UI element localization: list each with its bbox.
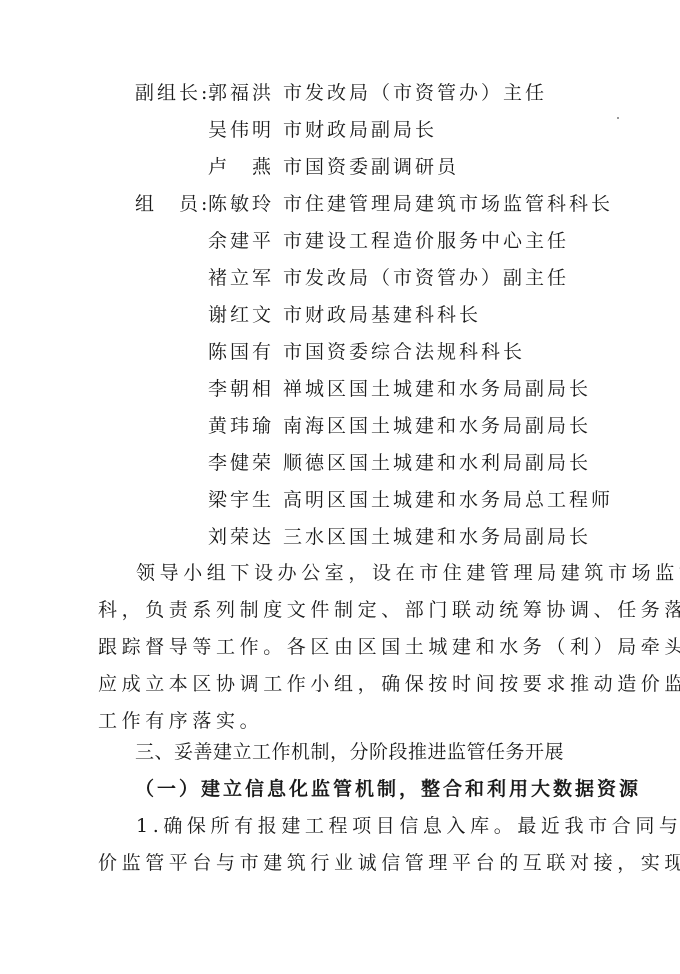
person-title: 市发改局（市资管办）主任: [283, 78, 547, 108]
person-title: 南海区国土城建和水务局副局长: [283, 411, 591, 441]
paragraph-line: 跟踪督导等工作。各区由区国土城建和水务（利）局牵头相: [98, 632, 680, 662]
person-name: 余建平: [208, 226, 274, 256]
person-title: 市住建管理局建筑市场监管科科长: [283, 189, 613, 219]
person-name: 陈敏玲: [208, 189, 274, 219]
person-title: 市国资委副调研员: [283, 152, 459, 182]
person-name: 郭福洪: [208, 78, 274, 108]
person-title: 高明区国土城建和水务局总工程师: [283, 485, 613, 515]
paragraph-line: 1.确保所有报建工程项目信息入库。最近我市合同与造: [136, 811, 680, 841]
person-name: 李朝相: [208, 374, 274, 404]
person-title: 市财政局基建科科长: [283, 300, 481, 330]
person-name: 刘荣达: [208, 522, 274, 552]
member-label: 组 员:: [135, 189, 210, 219]
paragraph-line: 工作有序落实。: [98, 706, 263, 736]
paragraph-line: 领导小组下设办公室，设在市住建管理局建筑市场监管: [136, 558, 680, 588]
person-name: 梁宇生: [208, 485, 274, 515]
person-title: 市建设工程造价服务中心主任: [283, 226, 569, 256]
person-title: 顺德区国土城建和水利局副局长: [283, 448, 591, 478]
paragraph-line: 科，负责系列制度文件制定、部门联动统筹协调、任务落实: [98, 595, 680, 625]
person-title: 禅城区国土城建和水务局副局长: [283, 374, 591, 404]
person-name: 褚立军: [208, 263, 274, 293]
section-heading: 三、妥善建立工作机制，分阶段推进监管任务开展: [135, 737, 564, 767]
person-name: 卢 燕: [208, 152, 274, 182]
section-subheading: （一）建立信息化监管机制，整合和利用大数据资源: [135, 774, 641, 804]
person-name: 李健荣: [208, 448, 274, 478]
deputy-label: 副组长:: [135, 78, 210, 108]
person-title: 三水区国土城建和水务局副局长: [283, 522, 591, 552]
person-title: 市发改局（市资管办）副主任: [283, 263, 569, 293]
document-page: 副组长: 郭福洪 市发改局（市资管办）主任 吴伟明 市财政局副局长 卢 燕 市国…: [0, 0, 680, 974]
person-title: 市国资委综合法规科科长: [283, 337, 525, 367]
person-name: 黄玮瑜: [208, 411, 274, 441]
paragraph-line: 价监管平台与市建筑行业诚信管理平台的互联对接，实现了: [98, 848, 680, 878]
person-title: 市财政局副局长: [283, 115, 437, 145]
person-name: 陈国有: [208, 337, 274, 367]
paragraph-line: 应成立本区协调工作小组，确保按时间按要求推动造价监管: [98, 669, 680, 699]
scan-speck: [617, 117, 619, 119]
person-name: 吴伟明: [208, 115, 274, 145]
person-name: 谢红文: [208, 300, 274, 330]
